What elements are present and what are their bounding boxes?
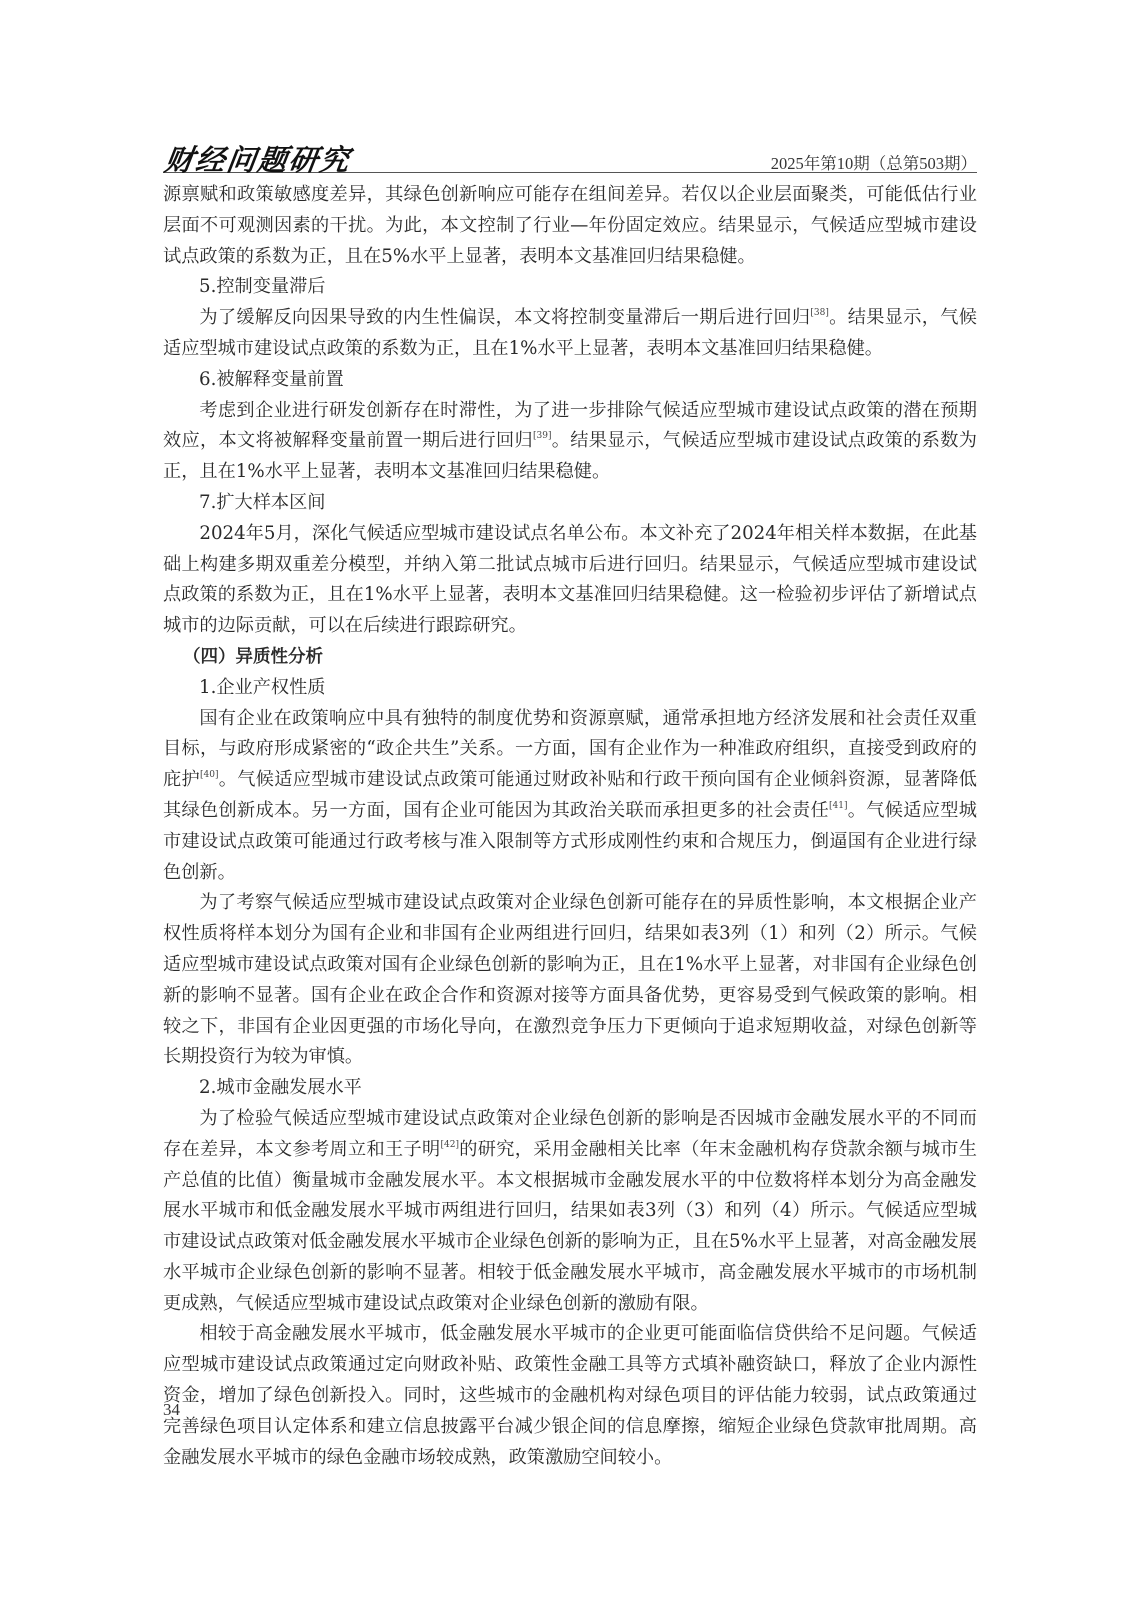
- article-body: 源禀赋和政策敏感度差异，其绿色创新响应可能存在组间差异。若仅以企业层面聚类，可能…: [163, 180, 977, 1473]
- subheading-financial-development: 2.城市金融发展水平: [163, 1073, 977, 1104]
- paragraph-expand-sample: 2024年5月，深化气候适应型城市建设试点名单公布。本文补充了2024年相关样本…: [163, 519, 977, 642]
- paragraph-ownership-1: 国有企业在政策响应中具有独特的制度优势和资源禀赋，通常承担地方经济发展和社会责任…: [163, 704, 977, 889]
- paragraph-continued: 源禀赋和政策敏感度差异，其绿色创新响应可能存在组间差异。若仅以企业层面聚类，可能…: [163, 180, 977, 272]
- issue-info: 2025年第10期（总第503期）: [771, 150, 977, 174]
- journal-title: 财经问题研究: [162, 138, 354, 179]
- subheading-ownership: 1.企业产权性质: [163, 673, 977, 704]
- text: 的研究，采用金融相关比率（年末金融机构存贷款余额与城市生产总值的比值）衡量城市金…: [163, 1139, 977, 1314]
- citation-39: [39]: [533, 431, 551, 441]
- running-header: 财经问题研究 2025年第10期（总第503期）: [163, 138, 977, 173]
- subheading-control-lag: 5.控制变量滞后: [163, 272, 977, 303]
- citation-42: [42]: [441, 1140, 459, 1150]
- paragraph-financial-1: 为了检验气候适应型城市建设试点政策对企业绿色创新的影响是否因城市金融发展水平的不…: [163, 1104, 977, 1320]
- paragraph-financial-2: 相较于高金融发展水平城市，低金融发展水平城市的企业更可能面临信贷供给不足问题。气…: [163, 1319, 977, 1473]
- citation-40: [40]: [200, 770, 218, 780]
- subheading-expand-sample: 7.扩大样本区间: [163, 488, 977, 519]
- paragraph-dependent-lead: 考虑到企业进行研发创新存在时滞性，为了进一步排除气候适应型城市建设试点政策的潜在…: [163, 396, 977, 488]
- subheading-dependent-lead: 6.被解释变量前置: [163, 365, 977, 396]
- text: 为了缓解反向因果导致的内生性偏误，本文将控制变量滞后一期后进行回归: [199, 307, 810, 328]
- section-heading-heterogeneity: （四）异质性分析: [163, 642, 977, 673]
- page-number: 34: [163, 1400, 180, 1420]
- citation-41: [41]: [829, 801, 847, 811]
- citation-38: [38]: [810, 308, 828, 318]
- paragraph-ownership-2: 为了考察气候适应型城市建设试点政策对企业绿色创新可能存在的异质性影响，本文根据企…: [163, 888, 977, 1073]
- paragraph-control-lag: 为了缓解反向因果导致的内生性偏误，本文将控制变量滞后一期后进行回归[38]。结果…: [163, 303, 977, 365]
